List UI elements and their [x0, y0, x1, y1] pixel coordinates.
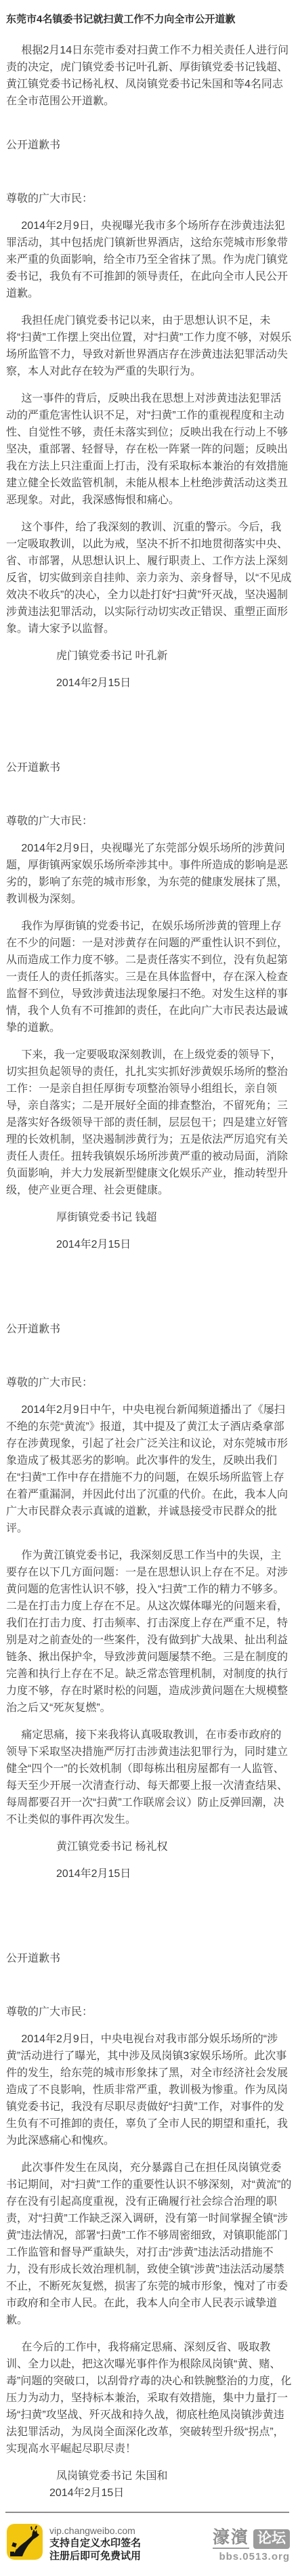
changweibo-url: vip.changweibo.com [49, 2525, 141, 2537]
letter-paragraph: 2014年2月9日，央视曝光我市多个场所存在涉黄违法犯罪活动，其中包括虎门镇新世… [6, 217, 292, 302]
letter-signature: 厚街镇党委书记 钱超 [6, 1209, 292, 1226]
apology-letter-fenggang: 公开道歉书 尊敬的广大市民： 2014年2月9日，中央电视台对我市部分娱乐场所的… [6, 1950, 292, 2501]
intro-paragraph: 根据2月14日东莞市委对扫黄工作不力相关责任人进行问责的决定，虎门镇党委书记叶孔… [6, 42, 292, 110]
letter-salutation: 尊敬的广大市民： [6, 1374, 292, 1391]
haobin-forum-watermark: 濠濱 论坛 bbs.0513.org [213, 2529, 290, 2562]
letter-paragraph: 这个事件，给了我深刻的教训、沉重的警示。今后，我一定吸取教训，以此为戒，坚决不折… [6, 519, 292, 637]
forum-badge: 论坛 [253, 2529, 290, 2549]
letter-heading: 公开道歉书 [6, 137, 292, 154]
letter-paragraph: 下来，我一定要吸取深刻教训，在上级党委的领导下，切实担负起领导的责任，扎扎实实抓… [6, 1047, 292, 1199]
apology-document: 东莞市4名镇委书记就扫黄工作不力向全市公开道歉 根据2月14日东莞市委对扫黄工作… [0, 0, 298, 2576]
letter-paragraph: 这一事件的背后，反映出我在思想上对涉黄违法犯罪活动的严重危害性认识不足，对“扫黄… [6, 390, 292, 509]
letter-paragraph: 2014年2月9日，中央电视台对我市部分娱乐场所的“涉黄”活动进行了曝光，其中涉… [6, 2031, 292, 2149]
letter-date: 2014年2月15日 [6, 675, 292, 692]
footer-divider [5, 2512, 289, 2513]
letter-salutation: 尊敬的广大市民： [6, 190, 292, 207]
letter-heading: 公开道歉书 [6, 1321, 292, 1338]
forum-name: 濠濱 [213, 2529, 249, 2549]
letter-signature: 凤岗镇党委书记 朱国和 [6, 2468, 292, 2485]
letter-date: 2014年2月15日 [6, 1865, 292, 1882]
letter-paragraph: 此次事件发生在凤岗，充分暴露自己在担任凤岗镇党委书记期间，对“扫黄”工作的重要性… [6, 2159, 292, 2329]
letter-paragraph: 2014年2月9日，央视曝光了东莞部分娱乐场所的涉黄问题，厚街镇两家娱乐场所牵涉… [6, 840, 292, 908]
letter-salutation: 尊敬的广大市民： [6, 813, 292, 830]
forum-url: bbs.0513.org [213, 2551, 290, 2562]
changweibo-watermark: vip.changweibo.com 支持自定义水印签名 注册后即可免费试用 [7, 2524, 141, 2562]
letter-paragraph: 作为黄江镇党委书记，我深刻反思工作当中的失误，主要存在以下几方面问题：一是在思想… [6, 1547, 292, 1716]
footer-watermark-area: vip.changweibo.com 支持自定义水印签名 注册后即可免费试用 濠… [0, 2512, 298, 2576]
letter-heading: 公开道歉书 [6, 759, 292, 776]
apology-letter-houjie: 公开道歉书 尊敬的广大市民： 2014年2月9日，央视曝光了东莞部分娱乐场所的涉… [6, 759, 292, 1253]
letter-paragraph: 痛定思痛，接下来我将认真吸取教训，在市委市政府的领导下采取坚决措施严厉打击涉黄违… [6, 1727, 292, 1828]
letter-heading: 公开道歉书 [6, 1950, 292, 1967]
apology-letter-humen: 公开道歉书 尊敬的广大市民： 2014年2月9日，央视曝光我市多个场所存在涉黄违… [6, 137, 292, 692]
letter-signature: 黄江镇党委书记 杨礼权 [6, 1838, 292, 1855]
letter-date: 2014年2月15日 [6, 1236, 292, 1253]
letter-salutation: 尊敬的广大市民： [6, 2004, 292, 2021]
page-title: 东莞市4名镇委书记就扫黄工作不力向全市公开道歉 [6, 12, 292, 27]
letter-paragraph: 我作为厚街镇的党委书记，在娱乐场所涉黄的管理上存在不少的问题：一是对涉黄存在问题… [6, 918, 292, 1036]
letter-signature: 虎门镇党委书记 叶孔新 [6, 648, 292, 664]
letter-paragraph: 2014年2月9日中午，中央电视台新闻频道播出了《屡扫不绝的东莞“黄流”》报道，… [6, 1401, 292, 1537]
changweibo-slogan-1: 支持自定义水印签名 [49, 2537, 141, 2550]
letter-paragraph: 我担任虎门镇党委书记以来，由于思想认识不足，未将“扫黄”工作摆上突出位置，对“扫… [6, 312, 292, 380]
document-content: 东莞市4名镇委书记就扫黄工作不力向全市公开道歉 根据2月14日东莞市委对扫黄工作… [0, 0, 298, 2512]
letter-date: 2014年2月15日 [6, 2485, 292, 2501]
apology-letter-huangjiang: 公开道歉书 尊敬的广大市民： 2014年2月9日中午，中央电视台新闻频道播出了《… [6, 1321, 292, 1882]
changweibo-slogan-2: 注册后即可免费试用 [49, 2550, 141, 2562]
letter-paragraph: 在今后的工作中，我将痛定思痛、深刻反省、吸取教训、全力以赴，把这次曝光事件作为根… [6, 2339, 292, 2457]
giraffe-icon [7, 2524, 43, 2560]
